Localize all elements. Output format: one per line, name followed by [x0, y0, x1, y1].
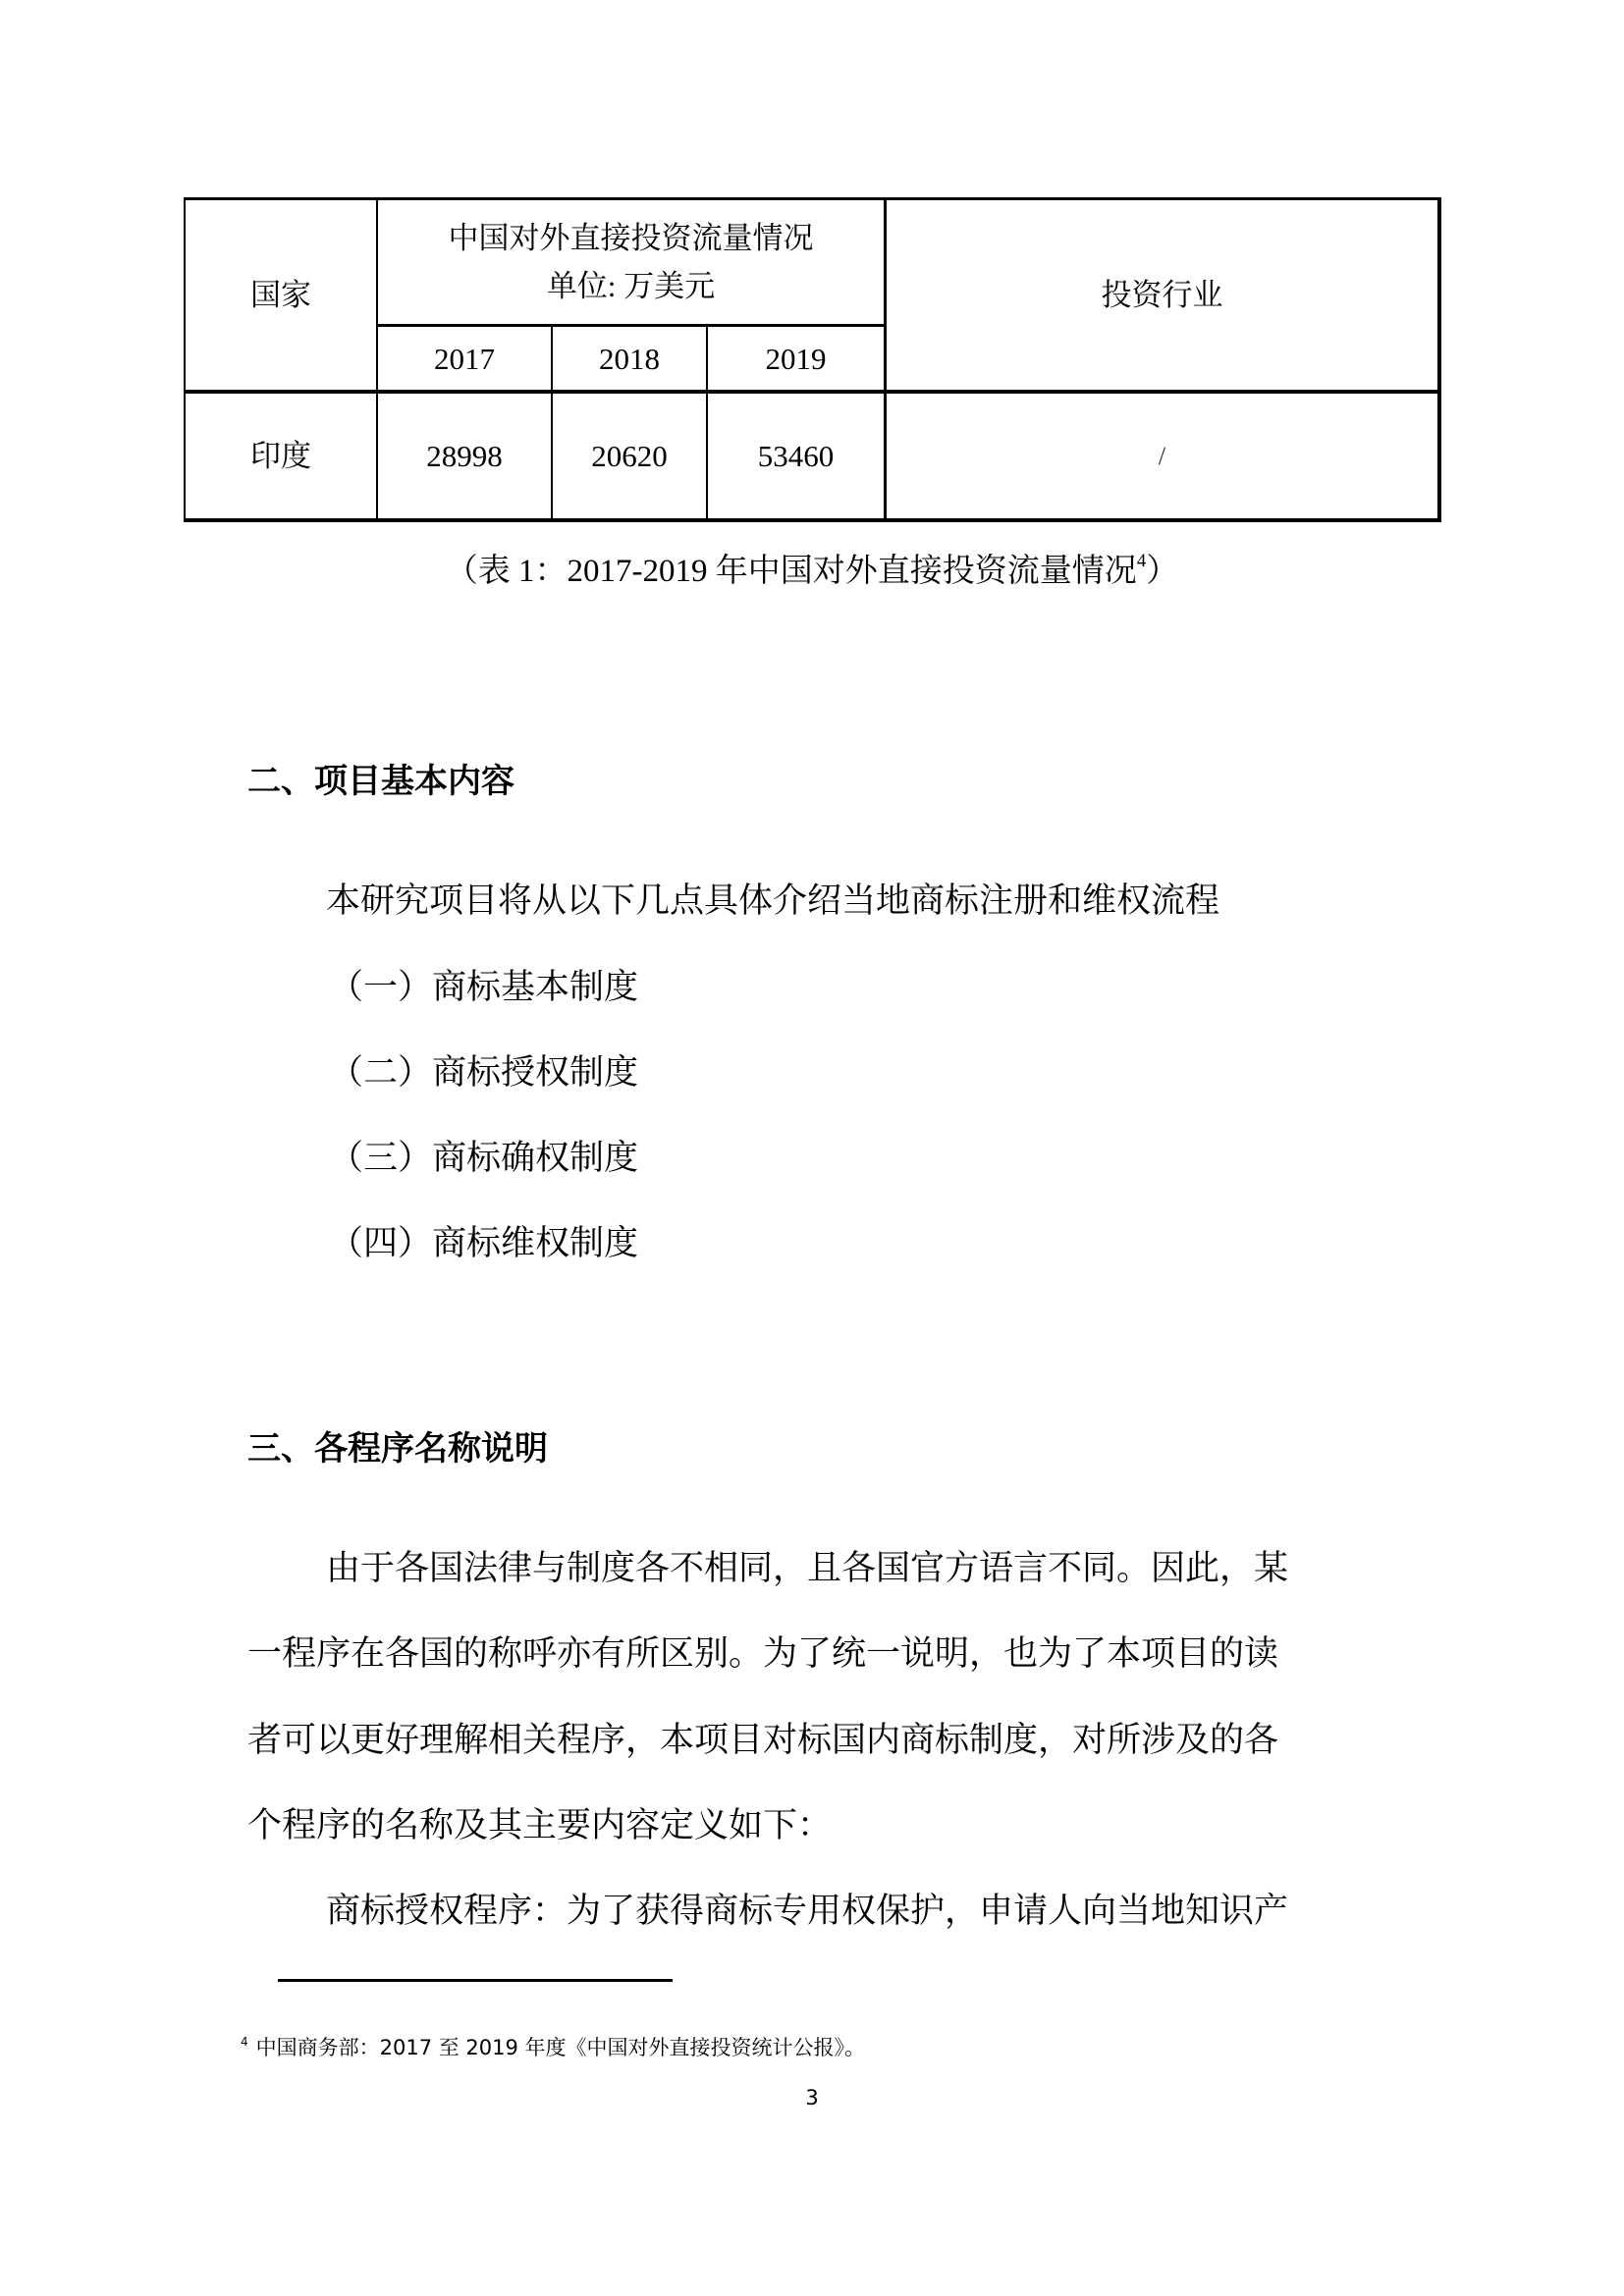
header-year-2017: 2017 — [378, 327, 551, 390]
section-intro: 本研究项目将从以下几点具体介绍当地商标注册和维权流程 — [326, 874, 1219, 923]
footnote-text: 中国商务部：2017 至 2019 年度《中国对外直接投资统计公报》。 — [256, 2036, 865, 2059]
cell-country: 印度 — [250, 441, 311, 471]
section-heading: 二、项目基本内容 — [247, 754, 514, 802]
paragraph-line: 个程序的名称及其主要内容定义如下： — [247, 1798, 832, 1847]
list-item: （三）商标确权制度 — [329, 1131, 638, 1180]
cell-industry: / — [1159, 444, 1165, 469]
table-caption: （表 1：2017-2019 年中国对外直接投资流量情况4） — [0, 545, 1624, 591]
paragraph-line: 一程序在各国的称呼亦有所区别。为了统一说明，也为了本项目的读 — [247, 1627, 1278, 1676]
section-heading: 三、各程序名称说明 — [247, 1421, 548, 1469]
year-label: 2018 — [599, 344, 660, 374]
table-row-industry: / — [887, 394, 1437, 518]
header-country-label: 国家 — [250, 280, 311, 310]
cell-value: 20620 — [591, 441, 668, 471]
list-item: （二）商标授权制度 — [329, 1045, 638, 1095]
header-flow-title: 中国对外直接投资流量情况 — [449, 223, 814, 253]
paragraph-line: 者可以更好理解相关程序，本项目对标国内商标制度，对所涉及的各 — [247, 1713, 1278, 1762]
header-year-2019: 2019 — [708, 327, 884, 390]
table-row-value-2019: 53460 — [708, 394, 884, 518]
table-border-right — [1437, 197, 1441, 522]
list-item: （一）商标基本制度 — [329, 960, 638, 1009]
page-number: 3 — [0, 2086, 1624, 2109]
footnote-reference[interactable]: 4 — [1137, 551, 1147, 571]
header-industry-label: 投资行业 — [1102, 280, 1223, 310]
header-industry: 投资行业 — [887, 200, 1437, 390]
paragraph-line: 商标授权程序：为了获得商标专用权保护，申请人向当地知识产 — [326, 1884, 1288, 1933]
cell-value: 53460 — [758, 441, 835, 471]
header-flow: 中国对外直接投资流量情况 单位: 万美元 — [378, 200, 884, 324]
table-row-country: 印度 — [186, 394, 376, 518]
paragraph-line: 由于各国法律与制度各不相同，且各国官方语言不同。因此，某 — [326, 1541, 1288, 1590]
caption-close: ） — [1146, 554, 1178, 589]
table-border-bottom — [184, 518, 1440, 522]
year-label: 2019 — [766, 344, 827, 374]
table-row-value-2017: 28998 — [378, 394, 551, 518]
investment-table: 国家 中国对外直接投资流量情况 单位: 万美元 投资行业 2017 2018 2… — [184, 197, 1440, 521]
footnote: 4中国商务部：2017 至 2019 年度《中国对外直接投资统计公报》。 — [241, 2032, 865, 2061]
caption-text: （表 1：2017-2019 年中国对外直接投资流量情况 — [446, 554, 1137, 589]
header-country: 国家 — [186, 200, 376, 390]
year-label: 2017 — [434, 344, 495, 374]
table-row-value-2018: 20620 — [553, 394, 706, 518]
document-page: 国家 中国对外直接投资流量情况 单位: 万美元 投资行业 2017 2018 2… — [0, 0, 1624, 2296]
footnote-separator — [278, 1979, 673, 1982]
header-year-2018: 2018 — [553, 327, 706, 390]
footnote-number: 4 — [241, 2035, 248, 2049]
header-unit: 单位: 万美元 — [547, 271, 715, 301]
cell-value: 28998 — [426, 441, 503, 471]
list-item: （四）商标维权制度 — [329, 1216, 638, 1265]
